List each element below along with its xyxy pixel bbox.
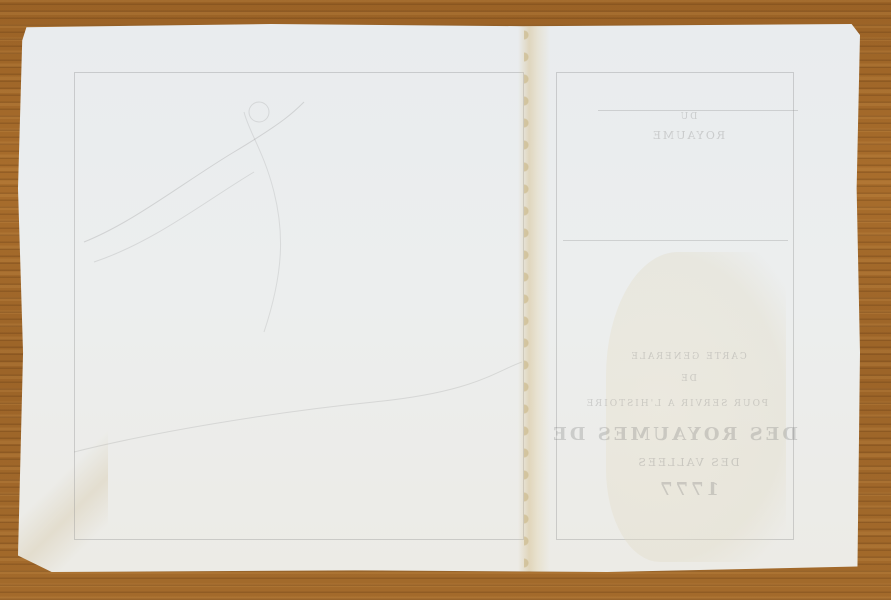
- map-sheet: DU ROYAUME CARTE GENERALE DE POUR SERVIR…: [18, 24, 860, 572]
- ghost-text: POUR SERVIR A L'HISTOIRE: [608, 399, 768, 409]
- ghost-text: 1777: [648, 479, 728, 500]
- ghost-text: DES ROYAUMES DE: [578, 424, 798, 445]
- ghost-text: DU: [658, 112, 718, 122]
- ghost-text: DE: [658, 374, 718, 384]
- ghost-text: CARTE GENERALE: [618, 352, 758, 362]
- ghost-text: ROYAUME: [628, 129, 748, 142]
- water-stain-seam: [518, 24, 550, 572]
- plate-rule: [563, 240, 788, 241]
- ghost-text: DES VALLEES: [618, 456, 758, 469]
- plate-rule: [598, 110, 798, 111]
- deckled-overlap-edge: [524, 24, 534, 572]
- map-show-through: [74, 72, 522, 538]
